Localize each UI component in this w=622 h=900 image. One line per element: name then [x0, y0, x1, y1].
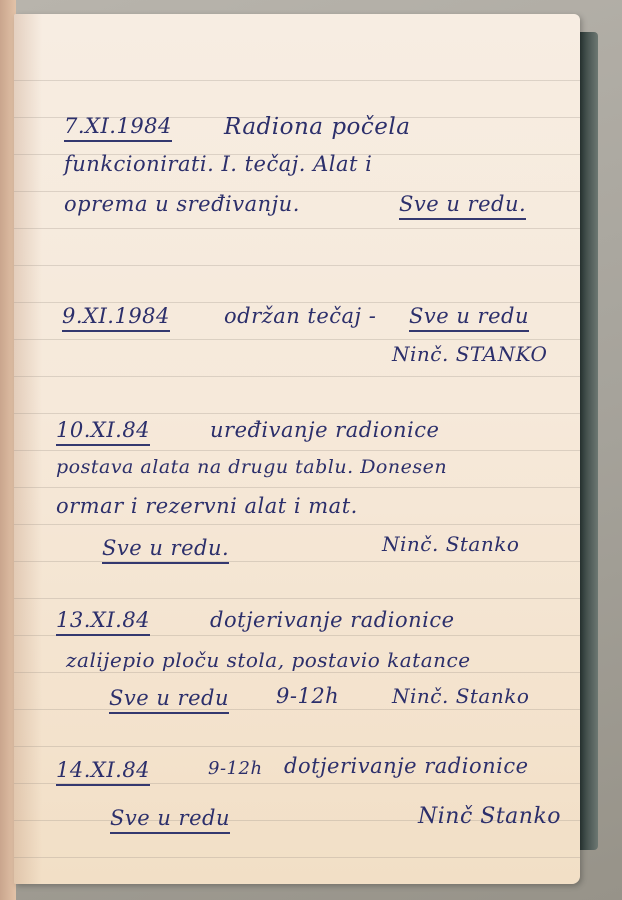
entry-text-line: oprema u sređivanju. [64, 192, 300, 216]
entry-status: Sve u redu. [399, 192, 526, 220]
entry-date: 10.XI.84 [56, 418, 150, 446]
entry-text-line: postava alata na drugu tablu. Donesen [56, 456, 447, 478]
entry-text-line: zalijepio ploču stola, postavio katance [66, 648, 471, 672]
entry-date: 7.XI.1984 [64, 114, 172, 142]
entry-text-line: funkcionirati. I. tečaj. Alat i [64, 152, 372, 176]
entry-hours: 9-12h [276, 684, 339, 708]
notebook-page: 7.XI.1984 Radiona počela funkcionirati. … [14, 14, 580, 884]
entry-date: 13.XI.84 [56, 608, 150, 636]
entry-status: Sve u redu [110, 806, 230, 834]
entry-signature: Ninč. Stanko [392, 684, 529, 708]
entry-signature: Ninč. STANKO [392, 342, 547, 366]
entry-text-line: održan tečaj - [224, 304, 376, 328]
entry-text-line: dotjerivanje radionice [284, 754, 529, 778]
entry-status: Sve u redu [109, 686, 229, 714]
entry-text-line: uređivanje radionice [210, 418, 439, 442]
entry-status: Sve u redu [409, 304, 529, 332]
entry-text-line: Radiona počela [224, 114, 410, 140]
entry-hours: 9-12h [208, 758, 263, 779]
entry-text-line: dotjerivanje radionice [210, 608, 455, 632]
entry-date: 9.XI.1984 [62, 304, 170, 332]
entry-date: 14.XI.84 [56, 758, 150, 786]
entry-signature: Ninč Stanko [418, 804, 561, 829]
entry-signature: Ninč. Stanko [382, 532, 519, 556]
entry-text-line: ormar i rezervni alat i mat. [56, 494, 358, 518]
entry-status: Sve u redu. [102, 536, 229, 564]
